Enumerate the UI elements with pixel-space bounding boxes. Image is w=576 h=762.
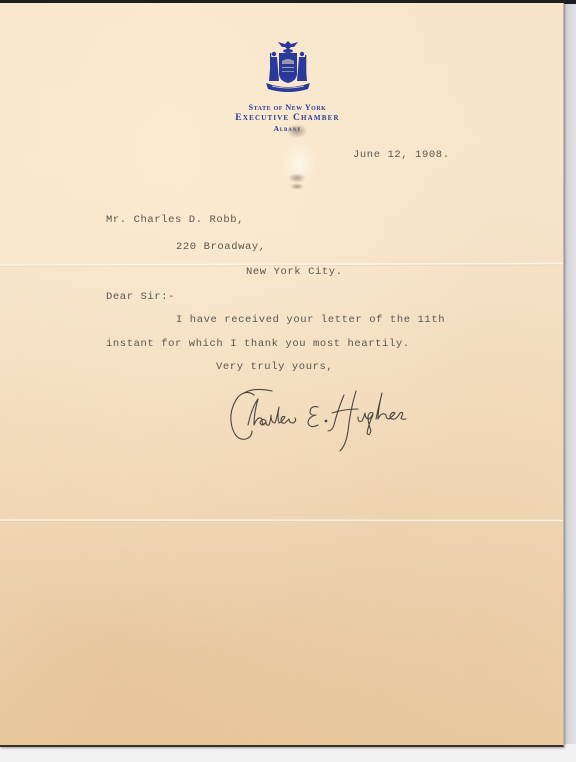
recipient-name: Mr. Charles D. Robb, [106, 214, 244, 226]
closing: Very truly yours, [216, 361, 333, 373]
body-line-2: instant for which I thank you most heart… [106, 338, 410, 350]
paper-stain [286, 124, 308, 138]
signature-ink-icon [226, 383, 456, 455]
paper-stain [290, 183, 304, 190]
signature: Charles E. Hughes [226, 383, 456, 455]
salutation: Dear Sir:- [106, 291, 175, 303]
scan-background-right [562, 4, 576, 762]
body-line-1: I have received your letter of the 11th [176, 314, 445, 326]
letterhead-state: State of New York [225, 103, 350, 113]
letterhead: State of New York Executive Chamber Alba… [225, 39, 350, 134]
letter-page: State of New York Executive Chamber Alba… [0, 3, 564, 747]
fold-crease-lower [0, 519, 563, 522]
state-seal-icon [258, 39, 318, 99]
paper-stain [288, 173, 306, 183]
letterhead-office: Executive Chamber [225, 113, 350, 124]
letter-date: June 12, 1908. [353, 149, 450, 161]
recipient-street: 220 Broadway, [176, 241, 266, 253]
recipient-city: New York City. [246, 266, 343, 278]
